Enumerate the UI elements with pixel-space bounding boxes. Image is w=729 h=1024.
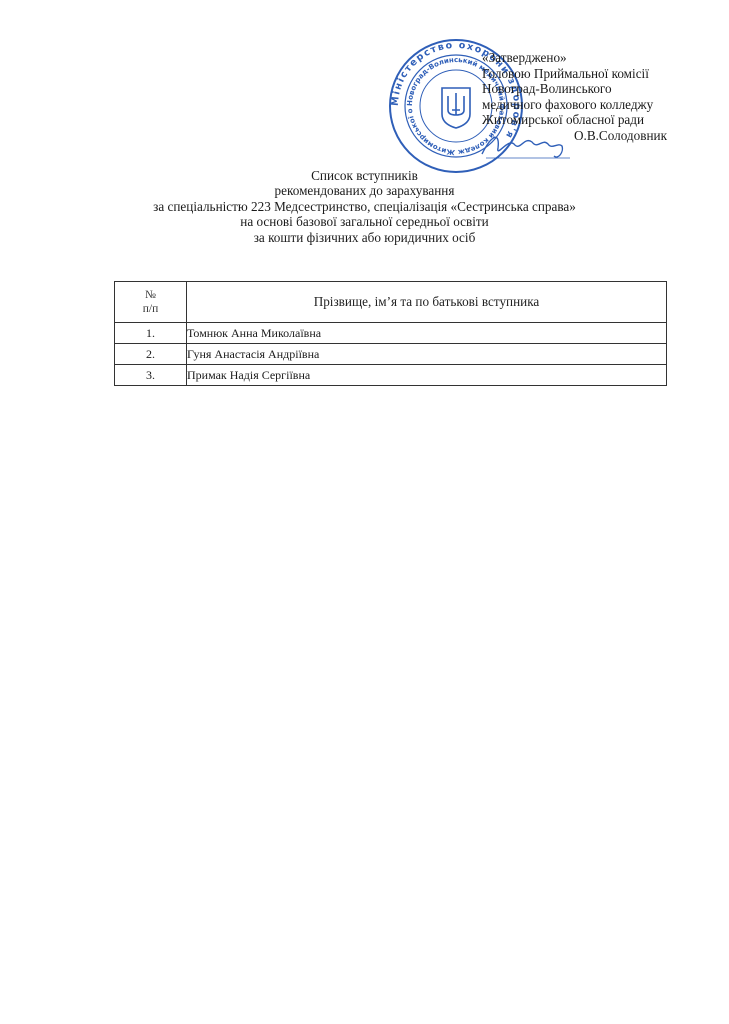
- number-sign: №: [145, 289, 156, 301]
- applicants-table: № п/п Прізвище, ім’я та по батькові всту…: [114, 281, 667, 386]
- trident-emblem-icon: [442, 88, 470, 128]
- heading-line: за спеціальністю 223 Медсестринство, спе…: [0, 199, 729, 214]
- heading-line: на основі базової загальної середньої ос…: [0, 214, 729, 229]
- column-header-number: № п/п: [115, 282, 187, 323]
- heading-title: Список вступників: [0, 168, 729, 183]
- approval-line: «Затверджено»: [482, 50, 667, 66]
- approval-line: Новоград-Волинського: [482, 81, 667, 97]
- row-number: 1.: [115, 323, 187, 344]
- approval-line: Житомирської обласної ради: [482, 112, 667, 128]
- approval-line: Головою Приймальної комісії: [482, 66, 667, 82]
- row-number: 3.: [115, 365, 187, 386]
- document-heading: Список вступників рекомендованих до зара…: [0, 168, 729, 245]
- applicant-name: Примак Надія Сергіївна: [187, 365, 667, 386]
- approval-signer: О.В.Солодовник: [482, 128, 667, 144]
- heading-line: за кошти фізичних або юридичних осіб: [0, 230, 729, 245]
- table-row: 2. Гуня Анастасія Андріївна: [115, 344, 667, 365]
- table-row: 3. Примак Надія Сергіївна: [115, 365, 667, 386]
- table-row: 1. Томнюк Анна Миколаївна: [115, 323, 667, 344]
- applicant-name: Гуня Анастасія Андріївна: [187, 344, 667, 365]
- approval-line: медичного фахового колледжу: [482, 97, 667, 113]
- column-header-name: Прізвище, ім’я та по батькові вступника: [187, 282, 667, 323]
- heading-line: рекомендованих до зарахування: [0, 183, 729, 198]
- approval-block: «Затверджено» Головою Приймальної комісі…: [482, 50, 667, 144]
- applicant-name: Томнюк Анна Миколаївна: [187, 323, 667, 344]
- table-header-row: № п/п Прізвище, ім’я та по батькові всту…: [115, 282, 667, 323]
- number-abbrev: п/п: [143, 303, 159, 315]
- row-number: 2.: [115, 344, 187, 365]
